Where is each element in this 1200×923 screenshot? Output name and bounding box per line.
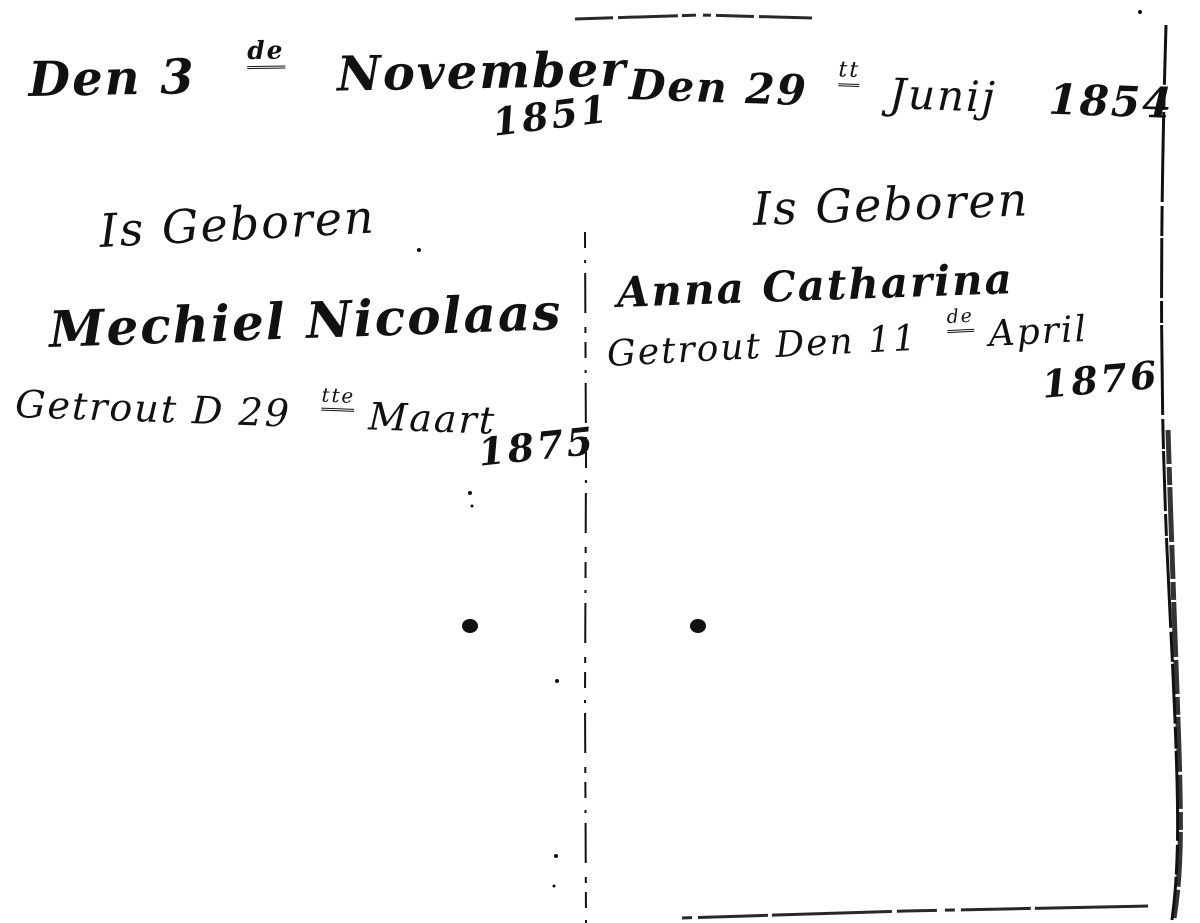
page-edge-line (1162, 25, 1178, 920)
speck (555, 679, 559, 683)
ink-dot-right (690, 619, 706, 633)
page-edge-thick (1168, 430, 1180, 918)
right-married-year: 1876 (1040, 352, 1161, 407)
left-date-prefix: Den 3 (28, 49, 196, 108)
scanned-register-page: Den 3 de November 1851 Is Geboren Mechie… (0, 0, 1200, 923)
speck (553, 885, 556, 888)
scan-artifacts-layer (0, 0, 1200, 923)
right-date-month: Junij (888, 69, 997, 122)
left-married-prefix: Getrout D 29 (14, 382, 291, 436)
right-married-prefix: Getrout Den 11 (606, 318, 919, 375)
speck (468, 491, 472, 495)
right-date-prefix: Den 29 (628, 60, 808, 115)
right-date-year: 1854 (1048, 75, 1175, 128)
bottom-streak (682, 906, 1148, 918)
left-date-ordinal: de (247, 39, 285, 70)
left-name-line: Mechiel Nicolaas (48, 282, 563, 359)
speck (554, 854, 558, 858)
left-born-line: Is Geboren (98, 190, 377, 258)
speck (1138, 10, 1142, 14)
right-date-ordinal: tt (838, 60, 860, 88)
binding-fold-line (585, 232, 586, 923)
speck (417, 248, 421, 252)
right-married-month: April (988, 309, 1089, 355)
top-streak (575, 15, 812, 19)
ink-dot-left (462, 619, 478, 633)
right-born-line: Is Geboren (752, 172, 1030, 236)
speck (471, 505, 474, 508)
right-married-ordinal: de (946, 308, 974, 333)
right-married-line: Getrout Den 11 de April (606, 309, 1089, 375)
left-married-ordinal: tte (321, 386, 355, 412)
left-married-line: Getrout D 29 tte Maart (14, 382, 496, 443)
right-date-line: Den 29 tt Junij 1854 (628, 60, 1174, 128)
